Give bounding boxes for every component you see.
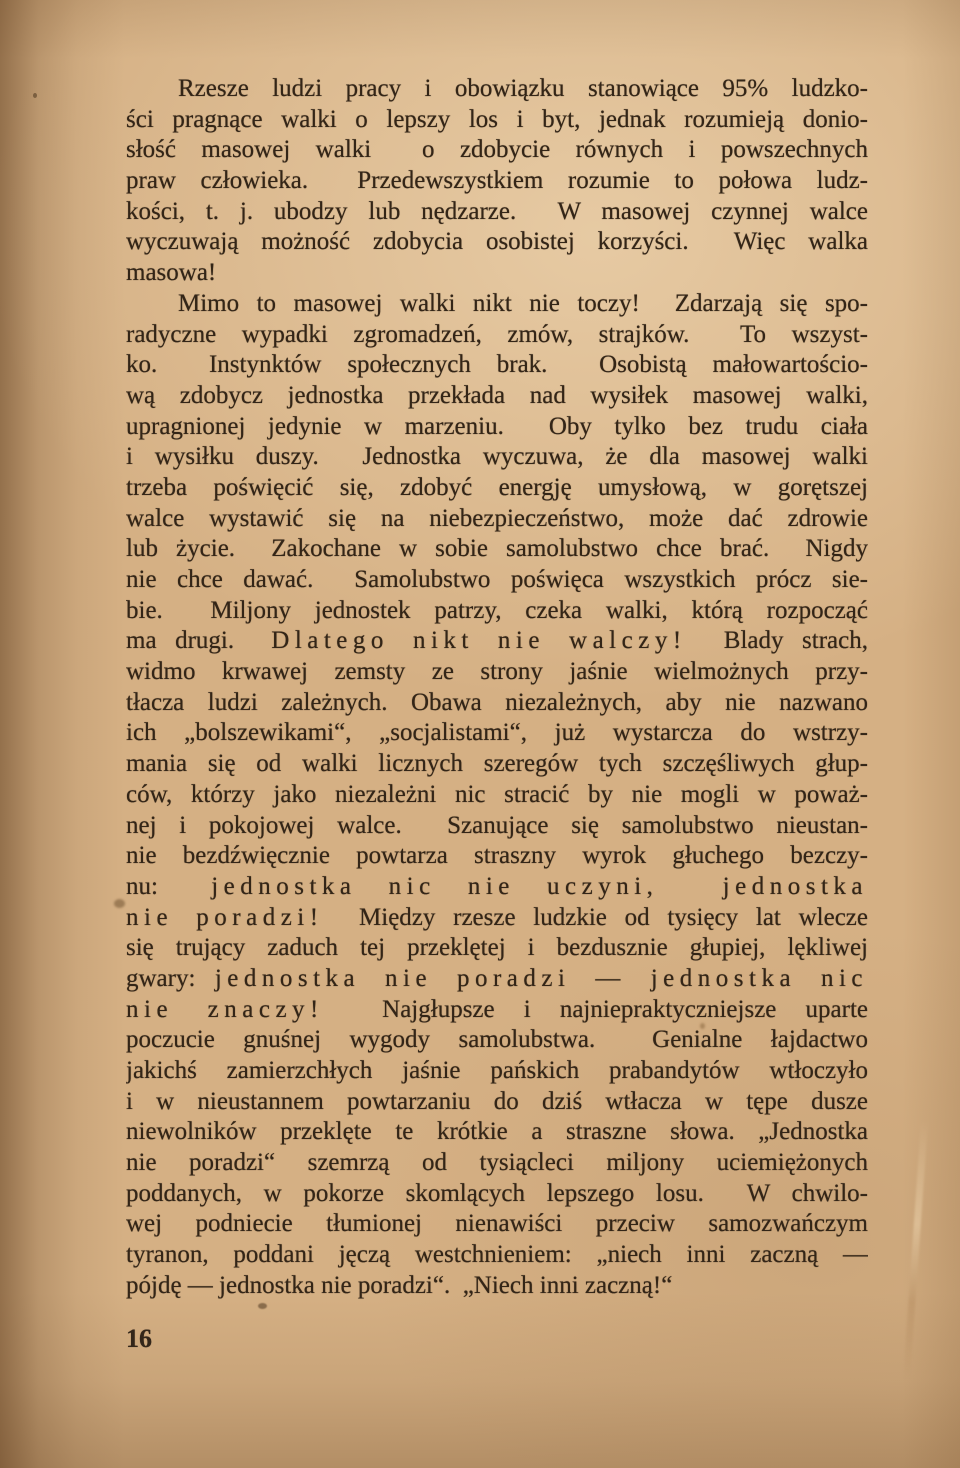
text-run: poczucie gnuśnej wygody samolubstwa. Gen…: [126, 1026, 868, 1053]
text-run: lub życie. Zakochane w sobie samolubstwo…: [126, 535, 868, 562]
text-run: tyranon, poddani jęczą westchnieniem: „n…: [126, 1241, 868, 1268]
text-line: upragnionej jedynie w marzeniu. Oby tylk…: [126, 412, 868, 443]
text-run: walce wystawić się na niebezpieczeństwo,…: [126, 505, 868, 532]
text-line: nie znaczy! Najgłupsze i najniepraktyczn…: [126, 995, 868, 1026]
text-line: ści pragnące walki o lepszy los i byt, j…: [126, 105, 868, 136]
text-line: ma drugi. Dlatego nikt nie walczy! Blady…: [126, 626, 868, 657]
text-line: poddanych, w pokorze skomlących lepszego…: [126, 1179, 868, 1210]
text-run: ści pragnące walki o lepszy los i byt, j…: [126, 106, 868, 133]
paper-speck: [258, 1303, 267, 1309]
text-run: bie. Miljony jednostek patrzy, czeka wal…: [126, 597, 868, 624]
paper-speck: [114, 899, 125, 908]
text-run: słość masowej walki o zdobycie równych i…: [126, 136, 868, 163]
text-run: gwary:: [126, 965, 215, 992]
text-line: i wysiłku duszy. Jednostka wyczuwa, że d…: [126, 442, 868, 473]
text-line: praw człowieka. Przedewszystkiem rozumie…: [126, 166, 868, 197]
text-line: pójdę — jednostka nie poradzi“. „Niech i…: [126, 1271, 868, 1302]
text-run: nie chce dawać. Samolubstwo poświęca wsz…: [126, 566, 868, 593]
text-run: Mimo to masowej walki nikt nie toczy! Zd…: [178, 290, 868, 317]
text-run: poddanych, w pokorze skomlących lepszego…: [126, 1180, 868, 1207]
text-run: ców, którzy jako niezależni nic stracić …: [126, 781, 868, 808]
text-run: pójdę — jednostka nie poradzi“. „Niech i…: [126, 1272, 672, 1299]
text-run: jakichś zamierzchłych jaśnie pańskich pr…: [126, 1057, 868, 1084]
text-line: nie poradzi! Między rzesze ludzkie od ty…: [126, 903, 868, 934]
text-line: wyczuwają możność zdobycia osobistej kor…: [126, 227, 868, 258]
text-line: nie poradzi“ szemrzą od tysiącleci miljo…: [126, 1148, 868, 1179]
text-line: kości, t. j. ubodzy lub nędzarze. W maso…: [126, 197, 868, 228]
text-line: nie chce dawać. Samolubstwo poświęca wsz…: [126, 565, 868, 596]
text-run: nie poradzi“ szemrzą od tysiącleci miljo…: [126, 1149, 868, 1176]
text-run: Rzesze ludzi pracy i obowiązku stanowiąc…: [178, 75, 868, 102]
text-block: Rzesze ludzi pracy i obowiązku stanowiąc…: [126, 74, 868, 1302]
text-line: Rzesze ludzi pracy i obowiązku stanowiąc…: [126, 74, 868, 105]
text-line: radyczne wypadki zgromadzeń, zmów, straj…: [126, 320, 868, 351]
text-run: wyczuwają możność zdobycia osobistej kor…: [126, 228, 868, 255]
text-line: trzeba poświęcić się, zdobyć energję umy…: [126, 473, 868, 504]
text-line: ców, którzy jako niezależni nic stracić …: [126, 780, 868, 811]
text-line: się trujący zaduch tej przeklętej i bezd…: [126, 933, 868, 964]
text-run: się trujący zaduch tej przeklętej i bezd…: [126, 934, 868, 961]
text-run: tłacza ludzi zależnych. Obawa niezależny…: [126, 689, 868, 716]
text-run: ko. Instynktów społecznych brak. Osobist…: [126, 351, 868, 378]
text-line: nie bezdźwięcznie powtarza straszny wyro…: [126, 841, 868, 872]
text-line: słość masowej walki o zdobycie równych i…: [126, 135, 868, 166]
letterspaced-text-run: jednostka nic nie uczyni, jednostka: [211, 873, 868, 900]
text-line: widmo krwawej zemsty ze strony jaśnie wi…: [126, 657, 868, 688]
text-run: kości, t. j. ubodzy lub nędzarze. W maso…: [126, 198, 868, 225]
text-run: Między rzesze ludzkie od tysięcy lat wle…: [324, 904, 868, 931]
paper-speck: [33, 93, 37, 98]
text-line: jakichś zamierzchłych jaśnie pańskich pr…: [126, 1056, 868, 1087]
text-run: masowa!: [126, 259, 216, 286]
text-line: lub życie. Zakochane w sobie samolubstwo…: [126, 534, 868, 565]
text-line: gwary: jednostka nie poradzi — jednostka…: [126, 964, 868, 995]
text-line: walce wystawić się na niebezpieczeństwo,…: [126, 504, 868, 535]
page-number: 16: [126, 1324, 152, 1354]
text-run: praw człowieka. Przedewszystkiem rozumie…: [126, 167, 868, 194]
text-line: poczucie gnuśnej wygody samolubstwa. Gen…: [126, 1025, 868, 1056]
text-run: Najgłupsze i najniepraktyczniejsze upart…: [324, 996, 868, 1023]
text-run: Blady strach,: [687, 627, 868, 654]
text-run: ma drugi.: [126, 627, 271, 654]
text-run: wą zdobycz jednostka przekłada nad wysił…: [126, 382, 868, 409]
text-line: tyranon, poddani jęczą westchnieniem: „n…: [126, 1240, 868, 1271]
text-line: i w nieustannem powtarzaniu do dziś wtła…: [126, 1087, 868, 1118]
text-line: bie. Miljony jednostek patrzy, czeka wal…: [126, 596, 868, 627]
text-run: niewolników przeklęte te krótkie a stras…: [126, 1118, 868, 1145]
text-run: i w nieustannem powtarzaniu do dziś wtła…: [126, 1088, 868, 1115]
text-run: nej i pokojowej walce. Szanujące się sam…: [126, 812, 868, 839]
letterspaced-text-run: nie znaczy!: [126, 996, 324, 1023]
text-run: i wysiłku duszy. Jednostka wyczuwa, że d…: [126, 443, 868, 470]
text-run: widmo krwawej zemsty ze strony jaśnie wi…: [126, 658, 868, 685]
text-line: tłacza ludzi zależnych. Obawa niezależny…: [126, 688, 868, 719]
text-run: trzeba poświęcić się, zdobyć energję umy…: [126, 474, 868, 501]
text-run: radyczne wypadki zgromadzeń, zmów, straj…: [126, 321, 868, 348]
text-line: niewolników przeklęte te krótkie a stras…: [126, 1117, 868, 1148]
text-line: wej podniecie tłumionej nienawiści przec…: [126, 1209, 868, 1240]
text-line: masowa!: [126, 258, 868, 289]
letterspaced-text-run: jednostka nie poradzi — jednostka nic: [215, 965, 868, 992]
text-line: nej i pokojowej walce. Szanujące się sam…: [126, 811, 868, 842]
text-line: ko. Instynktów społecznych brak. Osobist…: [126, 350, 868, 381]
letterspaced-text-run: nie poradzi!: [126, 904, 324, 931]
text-run: wej podniecie tłumionej nienawiści przec…: [126, 1210, 868, 1237]
book-page: Rzesze ludzi pracy i obowiązku stanowiąc…: [0, 0, 960, 1468]
paper-crease: [903, 1120, 928, 1380]
text-line: Mimo to masowej walki nikt nie toczy! Zd…: [126, 289, 868, 320]
text-line: ich „bolszewikami“, „socjalistami“, już …: [126, 718, 868, 749]
text-run: ich „bolszewikami“, „socjalistami“, już …: [126, 719, 868, 746]
text-line: wą zdobycz jednostka przekłada nad wysił…: [126, 381, 868, 412]
text-run: nie bezdźwięcznie powtarza straszny wyro…: [126, 842, 868, 869]
text-run: upragnionej jedynie w marzeniu. Oby tylk…: [126, 413, 868, 440]
letterspaced-text-run: Dlatego nikt nie walczy!: [271, 627, 686, 654]
text-run: mania się od walki licznych szeregów tyc…: [126, 750, 868, 777]
text-run: nu:: [126, 873, 211, 900]
text-line: mania się od walki licznych szeregów tyc…: [126, 749, 868, 780]
text-line: nu: jednostka nic nie uczyni, jednostka: [126, 872, 868, 903]
